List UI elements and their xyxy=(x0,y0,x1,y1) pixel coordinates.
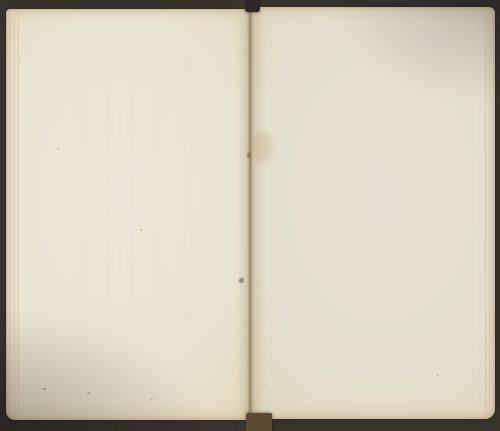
left-page xyxy=(6,9,250,420)
binding-tab-bottom xyxy=(246,413,272,431)
right-page xyxy=(250,7,495,419)
left-page-edge-stack xyxy=(6,9,19,420)
binding-notch-top xyxy=(245,0,260,12)
show-through-streaks xyxy=(76,54,206,324)
right-page-edge-stack xyxy=(482,7,495,419)
book-scan xyxy=(0,0,500,431)
